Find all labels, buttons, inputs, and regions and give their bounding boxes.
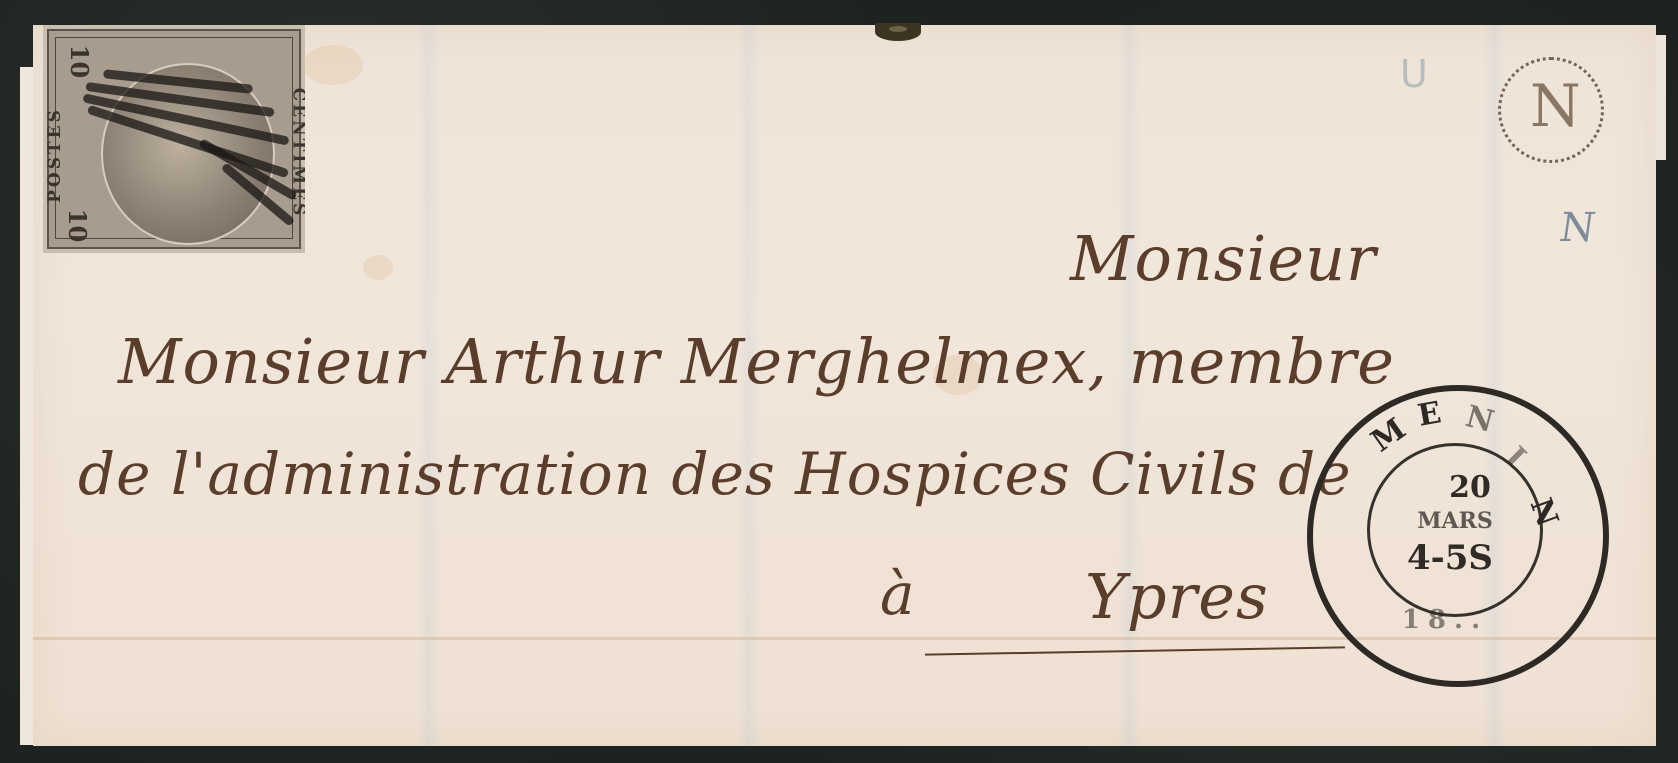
stamp-text-left: POSTES xyxy=(45,107,65,203)
envelope-fold-flap-right xyxy=(1655,35,1666,160)
pencil-annotation-top: U xyxy=(1400,52,1428,96)
age-stain xyxy=(363,255,393,280)
address-preposition: à xyxy=(880,560,916,628)
pencil-annotation-right: N xyxy=(1557,205,1598,251)
age-stain xyxy=(303,45,363,85)
postmark-day: 20 xyxy=(1440,470,1500,505)
postmark-month: MARS xyxy=(1405,508,1505,534)
wax-seal-highlight xyxy=(889,26,907,32)
rural-box-letter: N xyxy=(1530,72,1581,140)
postage-stamp: 10 10 POSTES CENTIMES xyxy=(43,25,305,253)
address-institution: de l'administration des Hospices Civils … xyxy=(78,440,1352,508)
address-salutation: Monsieur xyxy=(1070,222,1377,295)
postmark-year: 18.. xyxy=(1370,605,1520,635)
address-city: Ypres xyxy=(1085,560,1269,633)
postmark-time: 4-5S xyxy=(1390,538,1510,578)
address-recipient: Monsieur Arthur Merghelmex, membre xyxy=(118,325,1395,398)
stamp-value-top: 10 xyxy=(65,45,94,78)
stamp-value-bottom: 10 xyxy=(63,209,92,242)
